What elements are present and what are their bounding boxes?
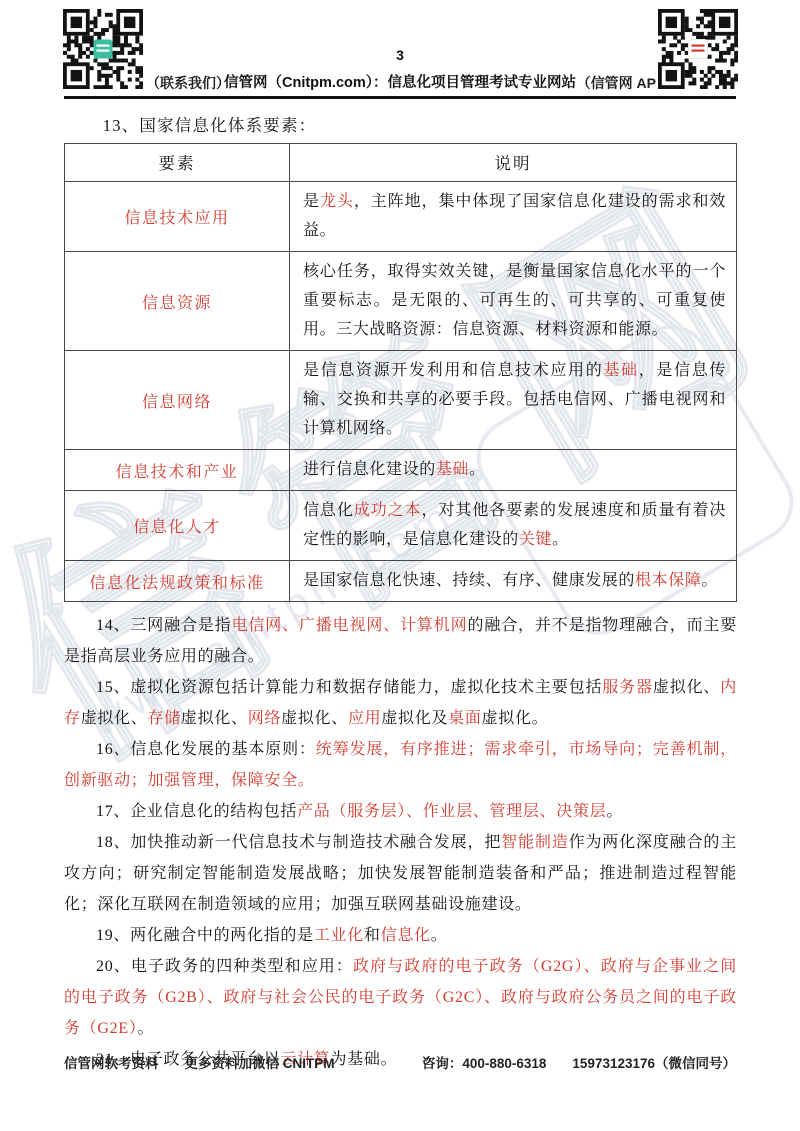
informatization-elements-table: 要素 说明 信息技术应用是龙头，主阵地，集中体现了国家信息化建设的需求和效益。信… (64, 143, 737, 602)
element-desc-cell: 是信息资源开发利用和信息技术应用的基础，是信息传输、交换和共享的必要手段。包括电… (290, 351, 737, 450)
body-text: 19、两化融合中的两化指的是 (96, 927, 314, 944)
element-name: 信息技术和产业 (116, 464, 239, 481)
body-text: 和 (364, 927, 381, 944)
column-header-description: 说明 (290, 144, 737, 182)
note-item: 19、两化融合中的两化指的是工业化和信息化。 (64, 920, 737, 951)
column-header-element: 要素 (65, 144, 290, 182)
body-text: 虚拟化。 (482, 710, 549, 727)
notes-list: 14、三网融合是指电信网、广播电视网、计算机网的融合，并不是指物理融合，而主要是… (64, 610, 737, 1075)
element-name-cell: 信息化法规政策和标准 (65, 561, 290, 602)
body-text: 18、加快推动新一代信息技术与制造技术融合发展，把 (96, 834, 501, 851)
highlight-text: 产品（服务层）、作业层、管理层、决策层 (297, 803, 606, 820)
body-text: 。 (431, 927, 448, 944)
element-desc-cell: 信息化成功之本，对其他各要素的发展速度和质量有着决定性的影响，是信息化建设的关键… (290, 491, 737, 561)
body-text: 虚拟化、 (181, 710, 248, 727)
body-text: 虚拟化、 (81, 710, 148, 727)
element-name: 信息网络 (142, 394, 212, 411)
note-item: 15、虚拟化资源包括计算能力和数据存储能力，虚拟化技术主要包括服务器虚拟化、内存… (64, 672, 737, 734)
element-name: 信息技术应用 (124, 210, 229, 227)
table-row: 信息化人才信息化成功之本，对其他各要素的发展速度和质量有着决定性的影响，是信息化… (65, 491, 737, 561)
table-header-row: 要素 说明 (65, 144, 737, 182)
element-desc-cell: 是国家信息化快速、持续、有序、健康发展的根本保障。 (290, 561, 737, 602)
body-text: 虚拟化及 (381, 710, 448, 727)
element-name-cell: 信息化人才 (65, 491, 290, 561)
highlight-text: 智能制造 (501, 834, 568, 851)
footer-wechat: 更多资料加微信 CNITPM (185, 1052, 335, 1072)
element-desc-cell: 是龙头，主阵地，集中体现了国家信息化建设的需求和效益。 (290, 182, 737, 252)
body-text: 。 (469, 461, 486, 478)
body-text: 虚拟化、 (281, 710, 348, 727)
highlight-text: 服务器 (602, 679, 653, 696)
footer-consult: 咨询：400-880-6318 (422, 1052, 547, 1072)
app-qr-label: （信管网 AP (577, 73, 656, 93)
document-body: 13、国家信息化体系要素： 要素 说明 信息技术应用是龙头，主阵地，集中体现了国… (64, 112, 737, 1075)
highlight-text: 存储 (148, 710, 181, 727)
body-text: 。 (552, 531, 569, 548)
highlight-text: 关键 (519, 531, 552, 548)
note-item: 14、三网融合是指电信网、广播电视网、计算机网的融合，并不是指物理融合，而主要是… (64, 610, 737, 672)
element-name-cell: 信息资源 (65, 252, 290, 351)
body-text: 。 (606, 803, 623, 820)
table-row: 信息技术和产业进行信息化建设的基础。 (65, 450, 737, 491)
highlight-text: 根本保障 (635, 572, 701, 589)
element-name: 信息化人才 (133, 519, 221, 536)
table-body: 信息技术应用是龙头，主阵地，集中体现了国家信息化建设的需求和效益。信息资源核心任… (65, 182, 737, 602)
body-text: 核心任务，取得实效关键，是衡量国家信息化水平的一个重要标志。是无限的、可再生的、… (303, 263, 726, 338)
note-item: 20、电子政务的四种类型和应用：政府与政府的电子政务（G2G）、政府与企事业之间… (64, 951, 737, 1044)
note-item: 17、企业信息化的结构包括产品（服务层）、作业层、管理层、决策层。 (64, 796, 737, 827)
table-row: 信息技术应用是龙头，主阵地，集中体现了国家信息化建设的需求和效益。 (65, 182, 737, 252)
element-name-cell: 信息技术应用 (65, 182, 290, 252)
element-name: 信息资源 (142, 295, 212, 312)
note-item: 18、加快推动新一代信息技术与制造技术融合发展，把智能制造作为两化深度融合的主攻… (64, 827, 737, 920)
body-text: 是信息资源开发利用和信息技术应用的 (303, 362, 603, 379)
highlight-text: 应用 (348, 710, 381, 727)
body-text: 进行信息化建设的 (303, 461, 436, 478)
body-text: 是国家信息化快速、持续、有序、健康发展的 (303, 572, 635, 589)
body-text: ，主阵地，集中体现了国家信息化建设的需求和效益。 (303, 193, 726, 239)
highlight-text: 信息化 (381, 927, 431, 944)
body-text: 。 (138, 1020, 155, 1037)
note-item: 16、信息化发展的基本原则：统筹发展，有序推进；需求牵引，市场导向；完善机制，创… (64, 734, 737, 796)
body-text: 15、虚拟化资源包括计算能力和数据存储能力，虚拟化技术主要包括 (96, 679, 602, 696)
header-divider (64, 96, 736, 99)
table-row: 信息化法规政策和标准是国家信息化快速、持续、有序、健康发展的根本保障。 (65, 561, 737, 602)
qr-code-app-icon (658, 9, 738, 89)
highlight-text: 工业化 (314, 927, 364, 944)
element-desc-cell: 核心任务，取得实效关键，是衡量国家信息化水平的一个重要标志。是无限的、可再生的、… (290, 252, 737, 351)
table-row: 信息网络是信息资源开发利用和信息技术应用的基础，是信息传输、交换和共享的必要手段… (65, 351, 737, 450)
highlight-text: 龙头 (320, 193, 354, 210)
highlight-text: 电信网、广播电视网、计算机网 (232, 617, 468, 634)
page-footer: 信管网软考资料 更多资料加微信 CNITPM 咨询：400-880-6318 1… (64, 1052, 736, 1072)
body-text: 14、三网融合是指 (96, 617, 232, 634)
body-text: 虚拟化、 (653, 679, 720, 696)
body-text: 16、信息化发展的基本原则： (96, 741, 316, 758)
highlight-text: 网络 (248, 710, 281, 727)
document-page: 信管网 www.cnitpm.com （联系我们） 3 信管网（Cnitpm.c… (0, 0, 800, 1131)
body-text: 是 (303, 193, 320, 210)
element-name-cell: 信息技术和产业 (65, 450, 290, 491)
body-text: 20、电子政务的四种类型和应用： (96, 958, 353, 975)
highlight-text: 基础 (603, 362, 638, 379)
table-row: 信息资源核心任务，取得实效关键，是衡量国家信息化水平的一个重要标志。是无限的、可… (65, 252, 737, 351)
body-text: 信息化 (303, 502, 354, 519)
footer-brand: 信管网软考资料 (64, 1052, 159, 1072)
body-text: 17、企业信息化的结构包括 (96, 803, 297, 820)
footer-phone: 15973123176（微信同号） (572, 1052, 736, 1072)
highlight-text: 成功之本 (354, 502, 422, 519)
element-name-cell: 信息网络 (65, 351, 290, 450)
element-desc-cell: 进行信息化建设的基础。 (290, 450, 737, 491)
highlight-text: 桌面 (448, 710, 481, 727)
body-text: 。 (701, 572, 718, 589)
highlight-text: 基础 (436, 461, 469, 478)
section-title: 13、国家信息化体系要素： (64, 112, 737, 136)
element-name: 信息化法规政策和标准 (89, 575, 264, 592)
